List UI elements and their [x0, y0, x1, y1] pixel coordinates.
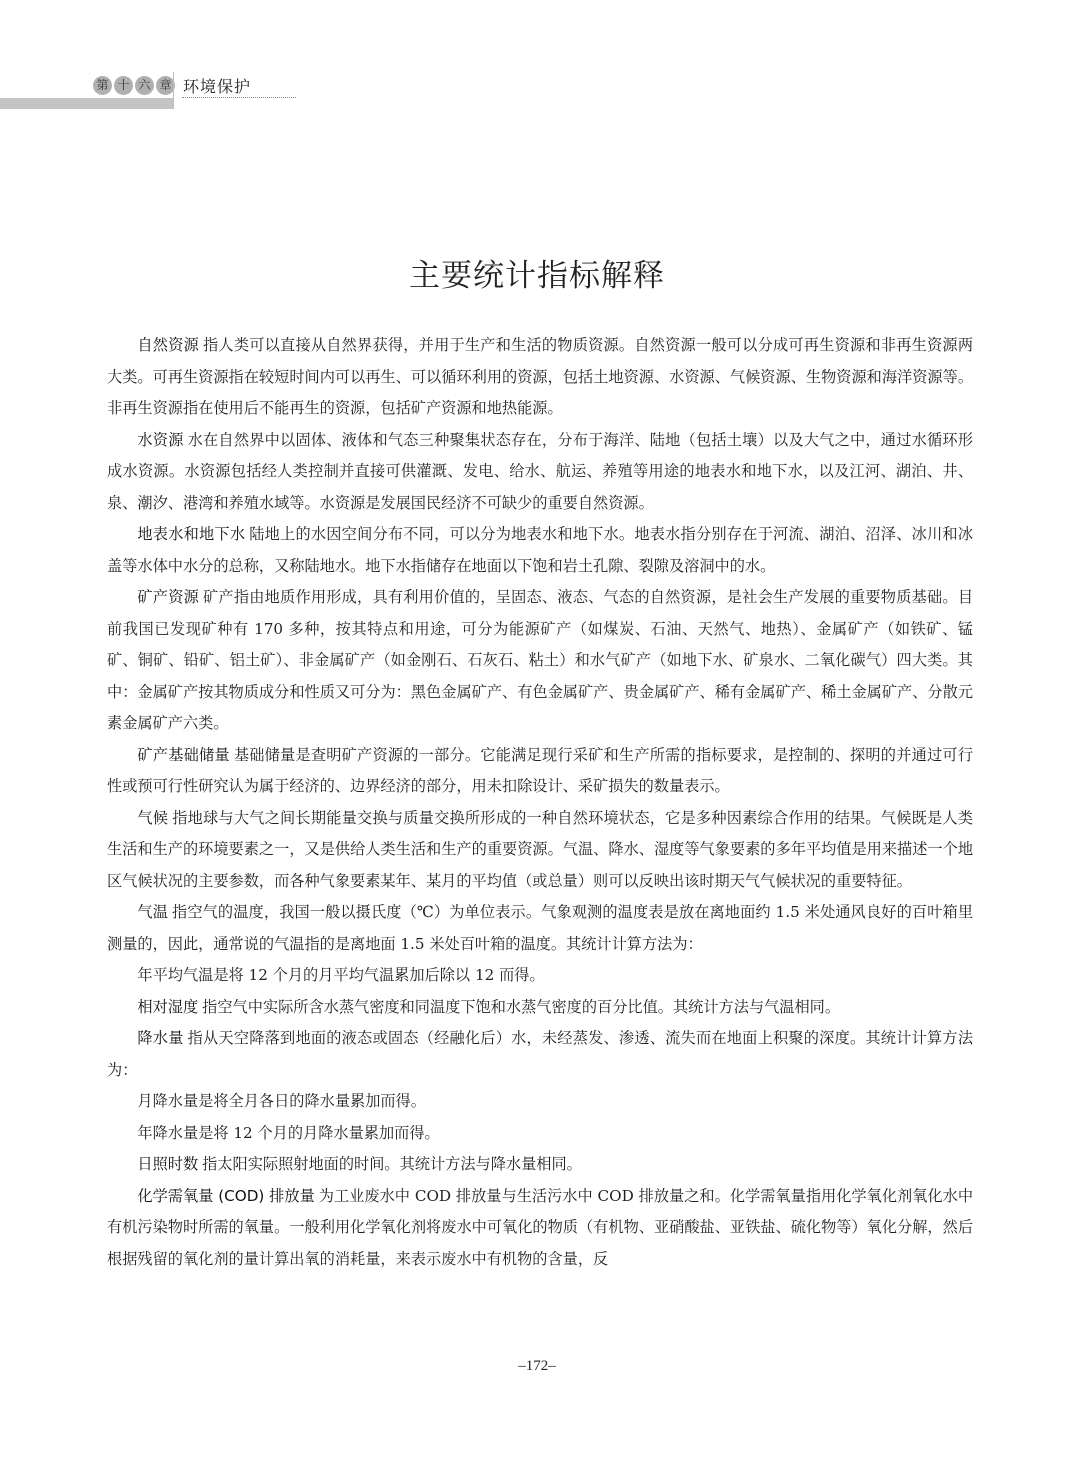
entry-term: 自然资源: [137, 336, 199, 354]
entry-term: 日照时数: [137, 1155, 198, 1173]
formula-line: 月降水量是将全月各日的降水量累加而得。: [107, 1086, 973, 1118]
entry-paragraph: 降水量指从天空降落到地面的液态或固态（经融化后）水，未经蒸发、渗透、流失而在地面…: [107, 1023, 973, 1086]
running-header: 第 十 六 章 环境保护: [0, 68, 320, 108]
entry-text: 年平均气温是将 12 个月的月平均气温累加后除以 12 而得。: [137, 966, 544, 984]
entry-text: 矿产指由地质作用形成，具有利用价值的，呈固态、液态、气态的自然资源，是社会生产发…: [107, 588, 973, 732]
entry-paragraph: 地表水和地下水陆地上的水因空间分布不同，可以分为地表水和地下水。地表水指分别存在…: [107, 519, 973, 582]
entry-text: 指空气中实际所含水蒸气密度和同温度下饱和水蒸气密度的百分比值。其统计方法与气温相…: [202, 998, 840, 1016]
entry-paragraph: 水资源水在自然界中以固体、液体和气态三种聚集状态存在，分布于海洋、陆地（包括土壤…: [107, 425, 973, 520]
entry-text: 指空气的温度，我国一般以摄氏度（℃）为单位表示。气象观测的温度表是放在离地面约 …: [107, 903, 973, 953]
entry-text: 指太阳实际照射地面的时间。其统计方法与降水量相同。: [202, 1155, 582, 1173]
entry-term: 地表水和地下水: [137, 525, 245, 543]
entry-paragraph: 化学需氧量 (COD) 排放量为工业废水中 COD 排放量与生活污水中 COD …: [107, 1181, 973, 1276]
chapter-label: 第 十 六 章: [93, 76, 175, 95]
entry-paragraph: 气候指地球与大气之间长期能量交换与质量交换所形成的一种自然环境状态，它是多种因素…: [107, 803, 973, 898]
entry-term: 降水量: [137, 1029, 183, 1047]
entry-paragraph: 自然资源指人类可以直接从自然界获得，并用于生产和生活的物质资源。自然资源一般可以…: [107, 330, 973, 425]
chapter-char: 第: [93, 76, 112, 95]
entry-text: 指地球与大气之间长期能量交换与质量交换所形成的一种自然环境状态，它是多种因素综合…: [107, 809, 973, 890]
entry-term: 化学需氧量 (COD) 排放量: [137, 1187, 314, 1205]
page-number: –172–: [0, 1358, 1074, 1375]
chapter-char: 十: [114, 76, 133, 95]
header-divider: [173, 72, 174, 108]
body-text: 自然资源指人类可以直接从自然界获得，并用于生产和生活的物质资源。自然资源一般可以…: [107, 330, 973, 1275]
entry-paragraph: 气温指空气的温度，我国一般以摄氏度（℃）为单位表示。气象观测的温度表是放在离地面…: [107, 897, 973, 960]
entry-paragraph: 日照时数指太阳实际照射地面的时间。其统计方法与降水量相同。: [107, 1149, 973, 1181]
chapter-char: 六: [135, 76, 154, 95]
formula-line: 年降水量是将 12 个月的月降水量累加而得。: [107, 1118, 973, 1150]
entry-term: 相对湿度: [137, 998, 198, 1016]
entry-text: 指人类可以直接从自然界获得，并用于生产和生活的物质资源。自然资源一般可以分成可再…: [107, 336, 973, 417]
entry-text: 基础储量是查明矿产资源的一部分。它能满足现行采矿和生产所需的指标要求，是控制的、…: [107, 746, 973, 796]
entry-paragraph: 矿产资源矿产指由地质作用形成，具有利用价值的，呈固态、液态、气态的自然资源，是社…: [107, 582, 973, 740]
entry-term: 水资源: [137, 431, 183, 449]
entry-text: 年降水量是将 12 个月的月降水量累加而得。: [137, 1124, 439, 1142]
entry-text: 指从天空降落到地面的液态或固态（经融化后）水，未经蒸发、渗透、流失而在地面上积聚…: [107, 1029, 973, 1079]
entry-paragraph: 矿产基础储量基础储量是查明矿产资源的一部分。它能满足现行采矿和生产所需的指标要求…: [107, 740, 973, 803]
entry-term: 气候: [137, 809, 168, 827]
entry-term: 矿产资源: [137, 588, 199, 606]
entry-term: 气温: [137, 903, 168, 921]
entry-text: 月降水量是将全月各日的降水量累加而得。: [137, 1092, 426, 1110]
header-dotted-rule: [182, 97, 296, 98]
formula-line: 年平均气温是将 12 个月的月平均气温累加后除以 12 而得。: [107, 960, 973, 992]
entry-term: 矿产基础储量: [137, 746, 229, 764]
section-title: 环境保护: [183, 74, 251, 97]
page-title: 主要统计指标解释: [0, 250, 1074, 295]
entry-text: 水在自然界中以固体、液体和气态三种聚集状态存在，分布于海洋、陆地（包括土壤）以及…: [107, 431, 973, 512]
header-bar: [0, 98, 174, 109]
entry-paragraph: 相对湿度指空气中实际所含水蒸气密度和同温度下饱和水蒸气密度的百分比值。其统计方法…: [107, 992, 973, 1024]
